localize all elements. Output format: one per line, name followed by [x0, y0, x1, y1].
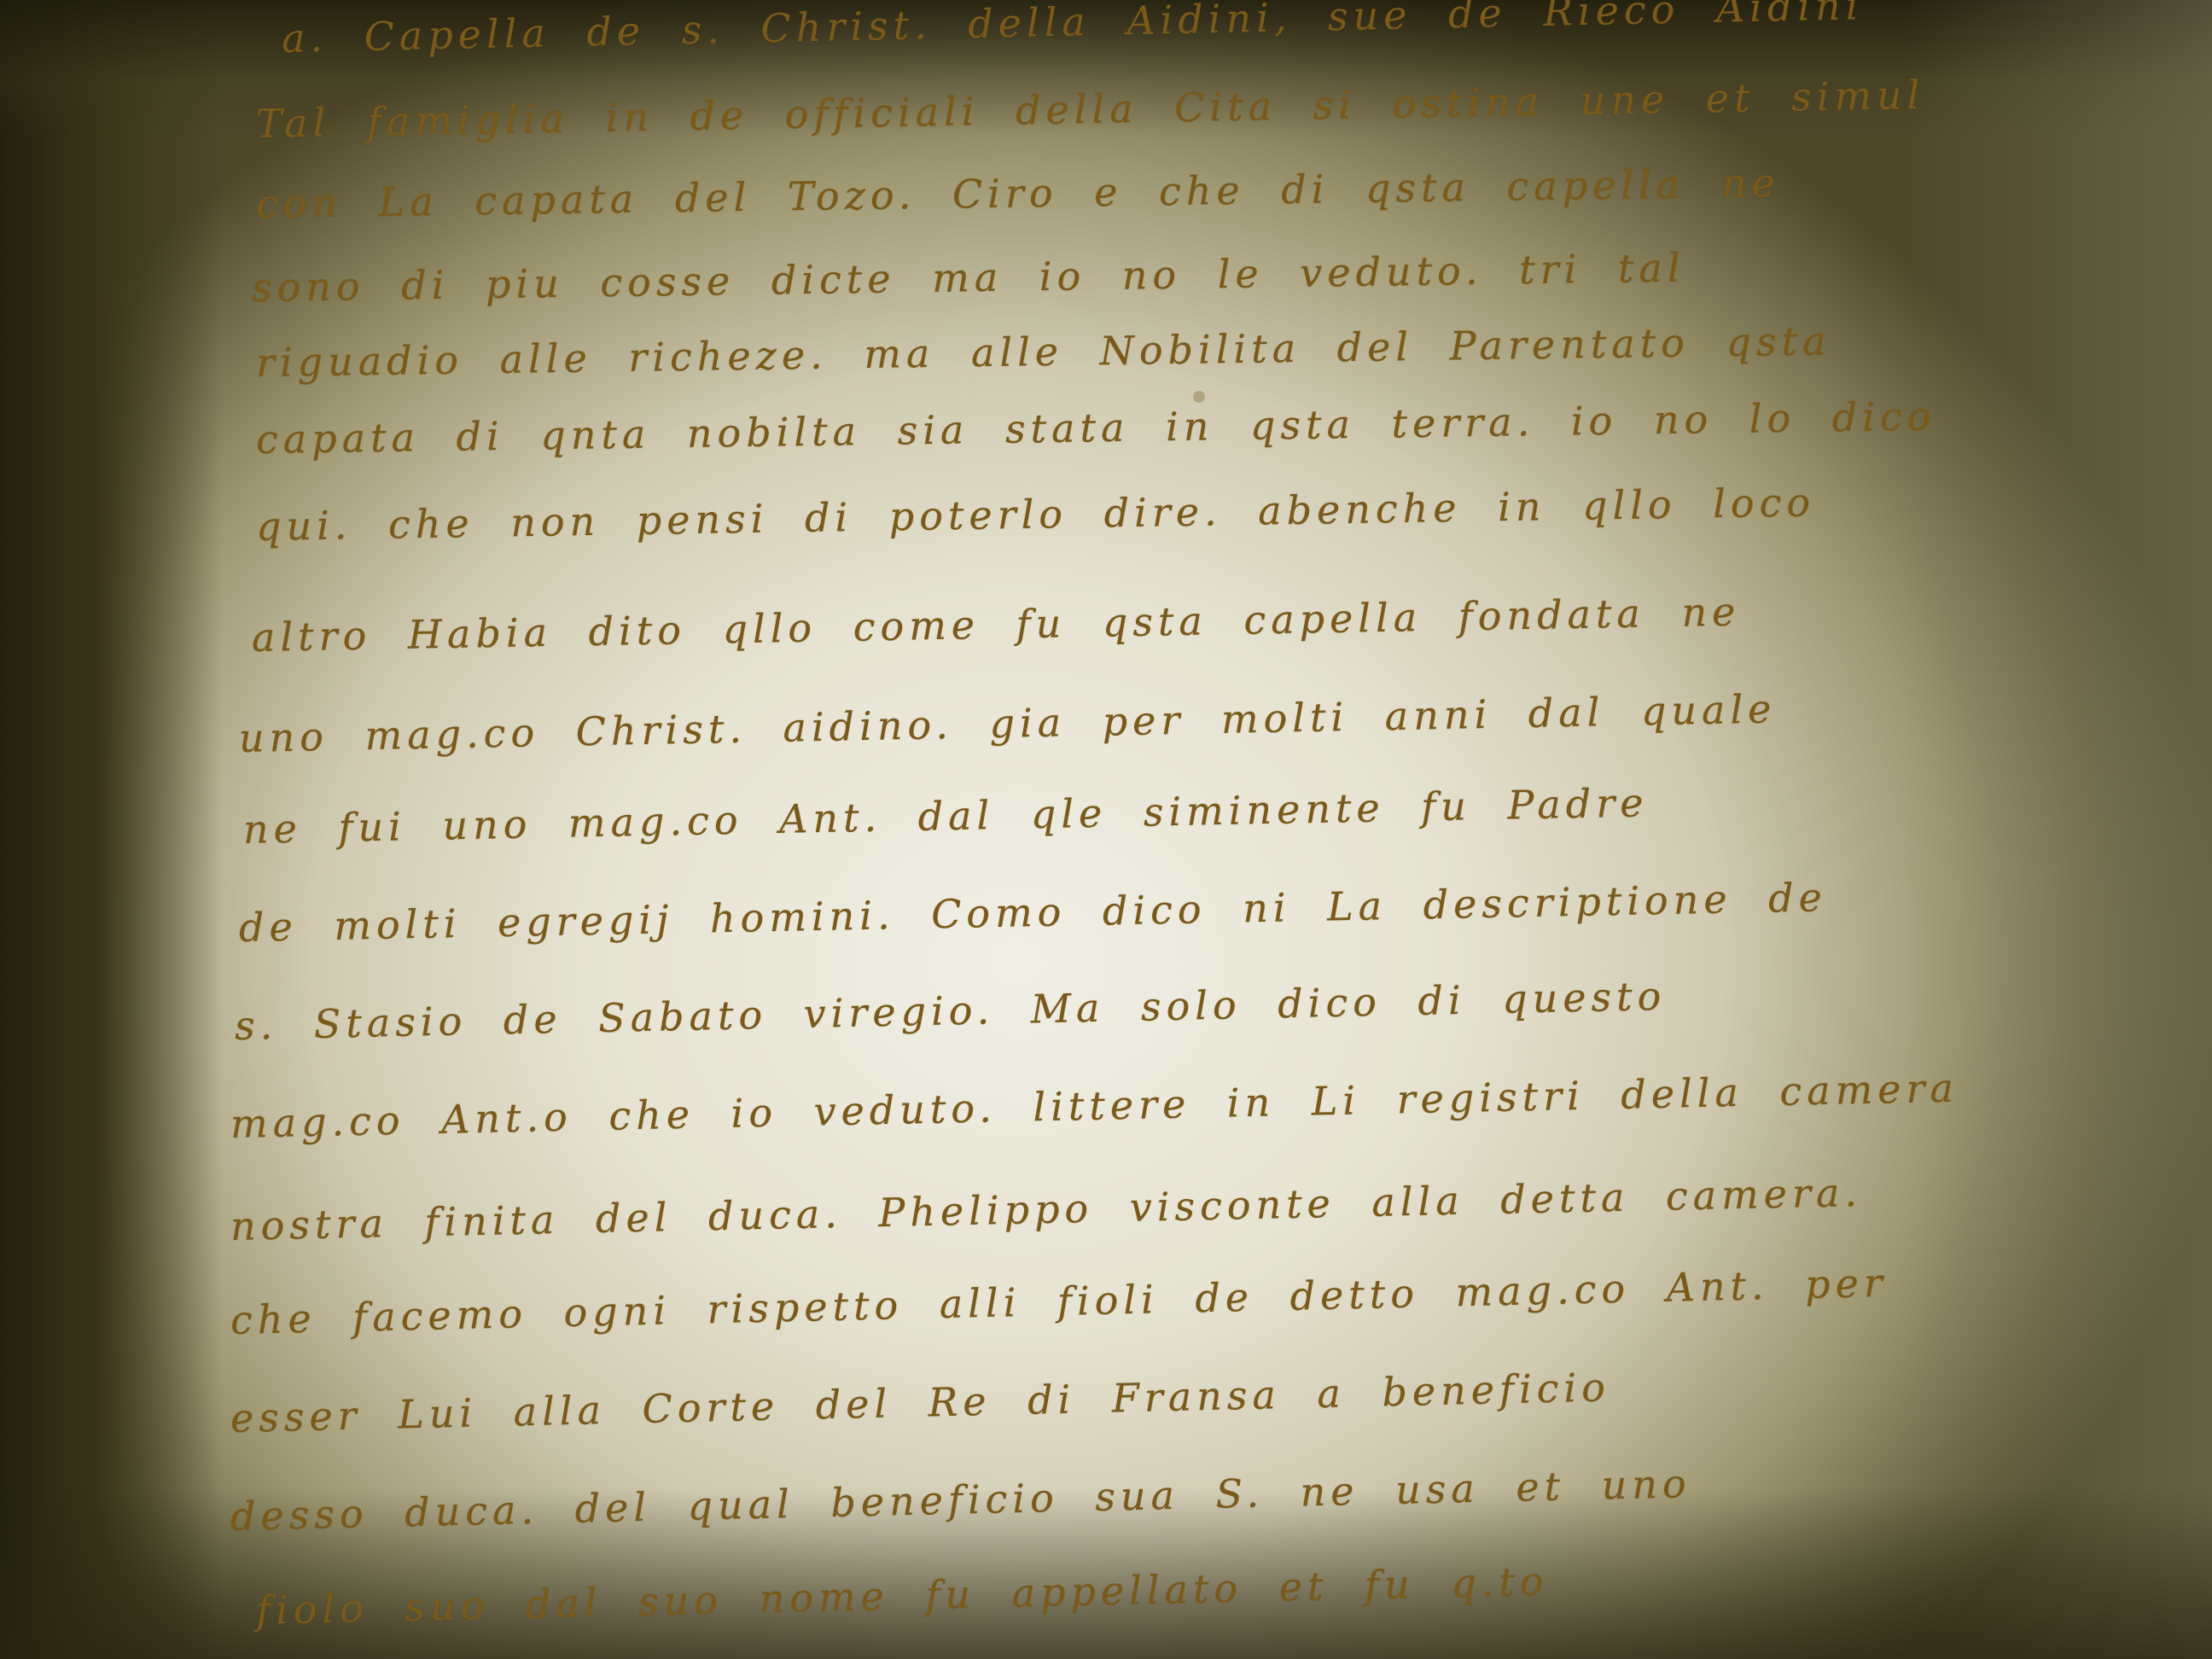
- manuscript-line: mag.co Ant.o che io veduto. littere in L…: [230, 1065, 1959, 1147]
- manuscript-line: con La capata del Tozo. Ciro e che di qs…: [256, 160, 1780, 227]
- manuscript-line: sono di piu cosse dicte ma io no le vedu…: [252, 245, 1685, 311]
- manuscript-line: uno mag.co Christ. aidino. gia per molti…: [238, 685, 1776, 761]
- manuscript-line: a. Capella de s. Christ. della Aidini, s…: [281, 0, 1863, 61]
- manuscript-line: riguadio alle richeze. ma alle Nobilita …: [256, 317, 1831, 386]
- manuscript-line: de molti egregij homini. Como dico ni La…: [238, 874, 1827, 951]
- manuscript-line: che facemo ogni rispetto alli fioli de d…: [230, 1260, 1888, 1343]
- manuscript-line: altro Habia dito qllo come fu qsta capel…: [252, 589, 1741, 661]
- manuscript-line: qui. che non pensi di poterlo dire. aben…: [256, 479, 1816, 550]
- manuscript-text: a. Capella de s. Christ. della Aidini, s…: [0, 0, 2212, 1659]
- manuscript-line: nostra finita del duca. Phelippo viscont…: [230, 1169, 1862, 1249]
- manuscript-line: ne fui uno mag.co Ant. dal qle siminente…: [242, 779, 1648, 853]
- manuscript-line: s. Stasio de Sabato viregio. Ma solo dic…: [234, 973, 1666, 1049]
- manuscript-line: capata di qnta nobilta sia stata in qsta…: [256, 393, 1936, 463]
- manuscript-line: esser Lui alla Corte del Re di Fransa a …: [230, 1364, 1610, 1441]
- manuscript-line: fiolo suo dal suo nome fu appellato et f…: [255, 1558, 1549, 1633]
- manuscript-line: desso duca. del qual beneficio sua S. ne…: [230, 1460, 1691, 1540]
- manuscript-line: Tal famiglia in de officiali della Cita …: [256, 72, 1925, 147]
